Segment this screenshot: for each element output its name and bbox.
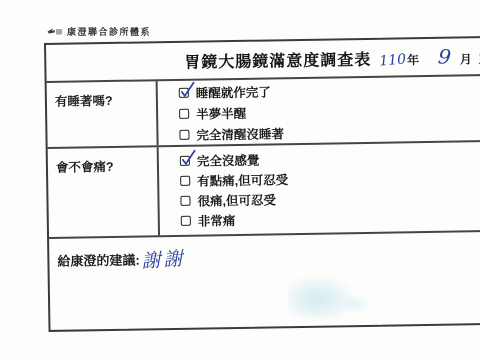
- date-area: 110 年 9 月 25: [379, 44, 480, 70]
- checkbox-checked[interactable]: [180, 156, 190, 166]
- handwritten-response: 謝謝: [141, 244, 187, 274]
- form-title: 胃鏡大腸鏡滿意度調查表: [184, 46, 371, 72]
- options-pain: 完全沒感覺 有點痛,但可忍受 很痛,但可忍受 非常痛: [159, 142, 480, 236]
- clinic-header: 康澄聯合診所體系: [47, 25, 151, 38]
- option-label: 完全沒感覺: [197, 151, 260, 170]
- swoosh-logo-icon: [47, 27, 63, 36]
- option-extreme-pain: 非常痛: [181, 206, 480, 231]
- clinic-name: 康澄聯合診所體系: [67, 25, 151, 38]
- option-fully-awake: 完全清醒沒睡著: [179, 119, 480, 145]
- checkbox-empty[interactable]: [180, 176, 190, 186]
- year-label: 年: [407, 51, 419, 68]
- option-label: 半夢半醒: [196, 104, 246, 123]
- option-label: 完全清醒沒睡著: [196, 124, 284, 143]
- options-sleep: 睡醒就作完了 半夢半醒 完全清醒沒睡著: [158, 76, 480, 146]
- checkbox-empty[interactable]: [179, 109, 189, 119]
- checkbox-empty[interactable]: [181, 216, 191, 226]
- title-row: 胃鏡大腸鏡滿意度調查表 110 年 9 月 25: [46, 38, 480, 83]
- question-row-sleep: 有睡著嗎? 睡醒就作完了 半夢半醒 完全清醒沒睡著: [47, 76, 480, 149]
- checkbox-empty[interactable]: [179, 129, 189, 139]
- option-label: 睡醒就作完了: [196, 83, 271, 102]
- scanned-survey-form: 康澄聯合診所體系 胃鏡大腸鏡滿意度調查表 110 年 9 月 25 有睡著嗎?: [0, 0, 480, 360]
- handwritten-checkmark-icon: [179, 148, 197, 167]
- handwritten-month: 9: [437, 44, 452, 69]
- suggestion-label: 給康澄的建議:: [57, 246, 140, 270]
- question-row-pain: 會不會痛? 完全沒感覺 有點痛,但可忍受 很痛,但可忍受: [48, 142, 480, 239]
- month-label: 月: [460, 50, 472, 67]
- question-label-pain: 會不會痛?: [48, 147, 160, 237]
- survey-table: 胃鏡大腸鏡滿意度調查表 110 年 9 月 25 有睡著嗎? 睡醒就作完了: [44, 36, 480, 332]
- checkbox-empty[interactable]: [180, 196, 190, 206]
- suggestion-row: 給康澄的建議: 謝謝: [49, 232, 480, 330]
- option-label: 非常痛: [198, 211, 236, 230]
- handwritten-checkmark-icon: [178, 80, 196, 99]
- checkbox-checked[interactable]: [179, 88, 189, 98]
- option-label: 有點痛,但可忍受: [197, 170, 288, 189]
- option-label: 很痛,但可忍受: [197, 190, 276, 209]
- question-label-sleep: 有睡著嗎?: [47, 81, 159, 147]
- handwritten-year: 110: [379, 51, 407, 69]
